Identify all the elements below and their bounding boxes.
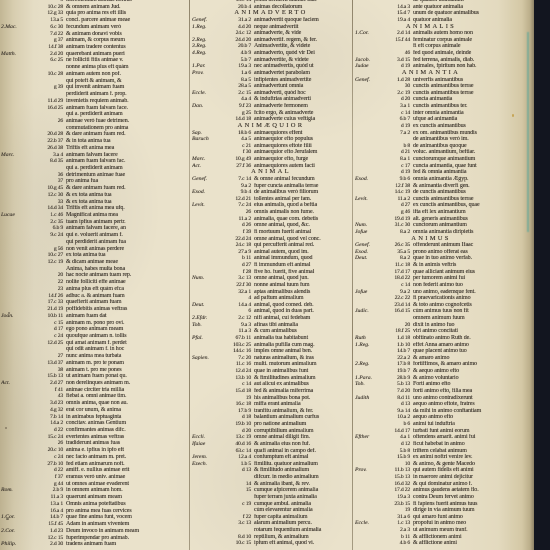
- book-abbrev: Eccli.: [192, 434, 221, 441]
- book-abbrev: [192, 96, 221, 103]
- book-abbrev: [355, 4, 382, 11]
- concordance-entry: qui a. perdiderit animam: [1, 165, 188, 172]
- entry-text: quia pro anima res eft illis: [66, 10, 188, 17]
- book-abbrev: [355, 401, 382, 408]
- book-abbrev: Judae: [355, 63, 382, 70]
- concordance-entry: 10& animo, & gente Macedo: [355, 461, 507, 468]
- entry-text: adhuc a. & animam fuam: [66, 293, 188, 300]
- verse-ref: 7.d 22: [32, 31, 66, 38]
- concordance-entry: Efther4.a 1oftendens amarit. animi fui: [355, 434, 507, 441]
- entry-text: nonne animal tuum fum: [254, 282, 350, 289]
- book-abbrev: [355, 448, 382, 455]
- verse-ref: 8.a 5: [221, 77, 254, 84]
- verse-ref: 16.a 4: [32, 508, 66, 515]
- verse-ref: b 11: [382, 534, 413, 541]
- entry-text: qui invenit animam fuam: [66, 84, 188, 91]
- concordance-entry: Lucae1.c 46Magnificat anima mea: [1, 212, 188, 219]
- concordance-entry: 14.b 7quae placent animo tuo: [355, 348, 507, 355]
- verse-ref: 14.a 3: [382, 4, 413, 11]
- verse-ref: 23.b 15: [382, 501, 413, 508]
- verse-ref: [221, 474, 254, 481]
- concordance-entry: 10.c 28animam autem non pof.: [1, 71, 188, 78]
- book-abbrev: [192, 255, 221, 262]
- book-abbrev: [1, 320, 32, 327]
- concordance-entry: 14.d 17turbati funt animi eorum: [355, 428, 507, 435]
- verse-ref: 14.c 19: [382, 189, 413, 196]
- entry-text: fimilitu. quatuor animalium: [254, 461, 350, 468]
- concordance-entry: 20hac nocte animam tuam rep.: [1, 272, 188, 279]
- entry-text: ut animam fuam ponat qu.: [66, 373, 188, 380]
- concordance-entry: g 56non venit animas perdere: [1, 246, 188, 253]
- book-abbrev: [355, 103, 382, 110]
- verse-ref: 12.d 25: [32, 340, 66, 347]
- entry-text: pro anima fua: [66, 178, 188, 185]
- entry-text: animadverte fermonem: [254, 103, 350, 110]
- book-abbrev: [355, 540, 382, 547]
- concordance-entry: 7.d 22& animam donavi vobis: [1, 31, 188, 38]
- verse-ref: f 41: [32, 387, 66, 394]
- concordance-entry: c 14aut alicui ex animalibus: [192, 381, 350, 388]
- book-abbrev: [355, 408, 382, 415]
- entry-text: quaerunt animam meam: [66, 494, 188, 501]
- concordance-entry: 8.a 1cunctorumque animantium: [355, 156, 507, 163]
- concordance-entry: 22.d 24omne animal, quod vel conc.: [192, 236, 350, 243]
- book-abbrev: Marc.: [1, 152, 32, 159]
- entry-text: animaequior efto populus: [254, 136, 350, 143]
- concordance-entry: omnem animum fuum: [355, 315, 507, 322]
- book-abbrev: [192, 401, 221, 408]
- concordance-entry: 4.a 4& induftrias animadverti: [192, 96, 350, 103]
- verse-ref: 19.a 4: [382, 17, 413, 24]
- book-abbrev: [192, 249, 221, 256]
- concordance-entry: 17.c 33quaefierit animam fuam: [1, 299, 188, 306]
- book-abbrev: [192, 448, 221, 455]
- entry-text: tradiderunt animas fuas: [66, 440, 188, 447]
- section-heading: ANIMANTIA: [355, 70, 507, 77]
- book-abbrev: 2.Efdr.: [192, 315, 221, 322]
- book-abbrev: [1, 272, 32, 279]
- entry-text: animam tradere contentus: [66, 44, 188, 51]
- verse-ref: [32, 239, 66, 246]
- concordance-entry: 15.d 18fed & animalia miferrima: [192, 388, 350, 395]
- concordance-entry: nonne anima plus eft quàm: [1, 64, 188, 71]
- verse-ref: d 20: [221, 428, 254, 435]
- concordance-entry: 18.d 22per tumorem animi fui: [355, 275, 507, 282]
- book-abbrev: Ezech.: [192, 461, 221, 468]
- book-abbrev: [355, 428, 382, 435]
- concordance-entry: 14.d 18animadverte cuius veftigia: [192, 116, 350, 123]
- verse-ref: 4: [221, 295, 254, 302]
- verse-ref: 19.a 3: [382, 494, 413, 501]
- concordance-entry: 10.c 27ex tota anima tua: [1, 252, 188, 259]
- entry-text: concitav. animas Gentium: [66, 420, 188, 427]
- entry-text: animam falvam facere: [66, 152, 188, 159]
- verse-ref: 24.c 12: [221, 30, 254, 37]
- entry-text: Animadvertite, & videte: [254, 43, 350, 50]
- entry-text: alt. generis animantibus: [413, 216, 507, 223]
- book-abbrev: [1, 387, 32, 394]
- concordance-entry: 9.a 14da mihi in animo conftantiam: [355, 408, 507, 415]
- entry-text: in omnem animam hom.: [66, 487, 188, 494]
- entry-text: animalia, quae com. debetis: [254, 216, 350, 223]
- book-abbrev: Ruth: [355, 335, 382, 342]
- verse-ref: [382, 43, 413, 50]
- verse-ref: 17.d 17: [382, 269, 413, 276]
- verse-ref: 10.c 15: [221, 540, 254, 547]
- entry-text: de animantibus quoque: [413, 143, 507, 150]
- book-abbrev: [192, 242, 221, 249]
- concordance-entry: 3.c 13alarum animalium percu.: [192, 520, 350, 527]
- concordance-entry: 1.Par.19.a 3nec animadvertis, quòd ut: [192, 63, 350, 70]
- book-abbrev: [1, 299, 32, 306]
- column-middle: 18.c 14poma defiderii animae tuae20.b 4a…: [192, 0, 350, 547]
- entry-text: & ex tota anima tua: [66, 199, 188, 206]
- verse-ref: g 37: [32, 37, 66, 44]
- entry-text: qui poteft & animam, &: [66, 78, 188, 85]
- concordance-entry: 10.c 15ipfum eft animal, quod vi.: [192, 540, 350, 547]
- verse-ref: 14.b 7: [32, 514, 66, 521]
- concordance-entry: 28.a 5animadvertunt omnia: [192, 83, 350, 90]
- verse-ref: 40.d 16: [221, 441, 254, 448]
- verse-ref: c 24: [32, 333, 66, 340]
- entry-text: his animalibus bona pot.: [254, 395, 350, 402]
- entry-text: contra Deum fervet animo: [413, 494, 507, 501]
- book-abbrev: [355, 494, 382, 501]
- entry-text: omnis animalis non fume.: [254, 209, 350, 216]
- book-abbrev: [355, 50, 382, 57]
- entry-text: & toto animo cognofcetis: [413, 302, 507, 309]
- concordance-entry: Ezech.1.b 5fimilitu. quatuor animalium: [192, 461, 350, 468]
- entry-text: quafi animal in campo def.: [254, 448, 350, 455]
- book-abbrev: Baruch: [192, 136, 221, 143]
- verse-ref: 9.c 24: [32, 232, 66, 239]
- book-abbrev: [192, 487, 221, 494]
- book-abbrev: Matth.: [1, 51, 32, 58]
- entry-text: ante quatuor animalia: [413, 4, 507, 11]
- entry-text: omnia animantia diripietis: [413, 229, 507, 236]
- book-abbrev: [1, 192, 32, 199]
- entry-text: & ex tota anima tua: [66, 192, 188, 199]
- verse-ref: 43: [32, 393, 66, 400]
- concordance-entry: 24.c 18qui percufferit animal red.: [192, 242, 350, 249]
- concordance-entry: Jerem.12.a 4confumptum eft animal: [192, 454, 350, 461]
- verse-ref: 12.d 24: [221, 368, 254, 375]
- concordance-entry: 36detrimentum animae fuae: [1, 172, 188, 179]
- concordance-entry: 16.d 25animam fuam falvam face.: [1, 105, 188, 112]
- concordance-entry: 16.d 32& qui dominatur animo f.: [355, 481, 507, 488]
- verse-ref: 9.b 4: [221, 189, 254, 196]
- entry-text: dixit in animo fuo: [413, 322, 507, 329]
- entry-text: ego pono animam meam: [66, 326, 188, 333]
- entry-text: ifta eft lex animantium: [413, 209, 507, 216]
- verse-ref: 10.b 11: [32, 313, 66, 320]
- book-abbrev: [192, 222, 221, 229]
- entry-text: animaequiores effent: [254, 130, 350, 137]
- entry-text: animaequior efto, furge: [254, 156, 350, 163]
- concordance-entry: 21.d 19poffidebitis animas veftras: [1, 306, 188, 313]
- concordance-entry: 1.Reg.4.d 20neque animadvertit: [192, 24, 350, 31]
- book-abbrev: [1, 31, 32, 38]
- concordance-entry: d 22confirmantes animas difc.: [1, 427, 188, 434]
- entry-text: cunctorumque animantium: [413, 156, 507, 163]
- entry-text: confirmantes animas difc.: [66, 427, 188, 434]
- verse-ref: 12.c 30: [32, 192, 66, 199]
- concordance-entry: d 27ex cunctis animantibus, quae: [355, 202, 507, 209]
- concordance-entry: d 19ex cunctis animantibus: [355, 123, 507, 130]
- entry-text: Magnificat anima mea: [66, 212, 188, 219]
- book-abbrev: [192, 83, 221, 90]
- entry-text: forti animo efto, filia mea: [413, 388, 507, 395]
- verse-ref: 23: [32, 286, 66, 293]
- verse-ref: 8.a 2: [382, 229, 413, 236]
- concordance-entry: 6.b 7ufque ad animantia: [355, 116, 507, 123]
- verse-ref: 13.b 10: [221, 375, 254, 382]
- verse-ref: 28.a 5: [221, 83, 254, 90]
- book-abbrev: [1, 440, 32, 447]
- entry-text: quae placent animo tuo: [413, 348, 507, 355]
- entry-text: animales, fpiritum non hab.: [413, 63, 507, 70]
- page-edge-highlight: [527, 32, 529, 232]
- book-abbrev: [192, 361, 221, 368]
- concordance-entry: difcurr. in medio animalium: [192, 474, 350, 481]
- book-abbrev: Deut.: [355, 255, 382, 262]
- concordance-entry: 2.Cor.1.d 23Deum invoco in animam meam: [1, 528, 188, 535]
- entry-text: & fimilitudines animalium: [254, 375, 350, 382]
- concordance-entry: 26tradiderunt animas fuas: [1, 440, 188, 447]
- book-abbrev: 2.Reg.: [355, 361, 382, 368]
- entry-text: & afflictione animi: [413, 540, 507, 547]
- verse-ref: 3.a 4: [32, 152, 66, 159]
- verse-ref: 26: [221, 209, 254, 216]
- entry-text: offenderunt animum Ifaac: [413, 242, 507, 249]
- verse-ref: 6.c 25: [32, 57, 66, 64]
- book-abbrev: Levit.: [355, 196, 382, 203]
- verse-ref: d 13: [382, 401, 413, 408]
- verse-ref: 6: [221, 308, 254, 315]
- entry-text: qui autem fidelis eft animi: [413, 467, 507, 474]
- entry-text: & omne animal fecundum: [254, 176, 350, 183]
- book-abbrev: [1, 84, 32, 91]
- entry-text: ufque ad animantia: [413, 116, 507, 123]
- verse-ref: 12.a 4: [221, 454, 254, 461]
- concordance-entry: g 25fcito ergo, & animadverte: [192, 110, 350, 117]
- entry-text: qui a. perdiderit animam: [66, 165, 188, 172]
- concordance-entry: 63.c 14quafi animal in campo def.: [192, 448, 350, 455]
- entry-text: aut alicui ex animalibus: [254, 381, 350, 388]
- book-abbrev: 3.Reg.: [192, 43, 221, 50]
- book-abbrev: [355, 441, 382, 448]
- concordance-entry: f 30animaequior efto Jerufalem: [192, 149, 350, 156]
- verse-ref: 9.a 2: [382, 289, 413, 296]
- concordance-entry: Exod.35.a 5prono animo offerat eas: [355, 249, 507, 256]
- book-abbrev: [355, 136, 382, 143]
- ink-speck: [512, 114, 514, 117]
- concordance-entry: 3.Reg.20.b 7Animadvertite, & videte: [192, 43, 350, 50]
- concordance-entry: 20dixit in animo fuo: [355, 322, 507, 329]
- book-abbrev: 1.Para.: [355, 375, 382, 382]
- concordance-entry: Sapien.7.c 20naturas animalium, & iras: [192, 355, 350, 362]
- entry-text: omnis anima, quae non au.: [66, 400, 188, 407]
- entry-text: ficut habebat in animo: [413, 441, 507, 448]
- verse-ref: 37: [32, 178, 66, 185]
- verse-ref: [221, 494, 254, 501]
- book-abbrev: Judic.: [355, 308, 382, 315]
- book-abbrev: [192, 116, 221, 123]
- verse-ref: 6.b 7: [382, 116, 413, 123]
- book-abbrev: [355, 421, 382, 428]
- concordance-entry: 27.a 9animal autem, quod im.: [192, 249, 350, 256]
- book-abbrev: [192, 428, 221, 435]
- concordance-entry: Tob.5.b 13Forti animo efto: [355, 381, 507, 388]
- entry-text: detrimentum animae fuae: [66, 172, 188, 179]
- concordance-entry: Anima, habes multa bona: [1, 266, 188, 273]
- entry-text: omne animal diligit fim.: [254, 434, 350, 441]
- book-abbrev: 1.Reg.: [355, 342, 382, 349]
- verse-ref: b 6: [382, 421, 413, 428]
- entry-text: fi praevaricationis animo: [413, 295, 507, 302]
- book-abbrev: [355, 143, 382, 150]
- verse-ref: 8.d 35: [32, 158, 66, 165]
- verse-ref: 26.d 38: [32, 145, 66, 152]
- book-abbrev: [355, 189, 382, 196]
- concordance-entry: 5.b 7animadvertite, & videte: [192, 57, 350, 64]
- verse-ref: 27.b 10: [32, 461, 66, 468]
- concordance-entry: g 37animam, & corpus meum: [1, 37, 188, 44]
- entry-text: naturas animalium, & iras: [254, 355, 350, 362]
- book-abbrev: [1, 172, 32, 179]
- concordance-entry: c 24quoufque animam n. tollis: [1, 333, 188, 340]
- entry-text: per tumorem animi fui: [413, 275, 507, 282]
- entry-text: & dare animam fuam red.: [66, 131, 188, 138]
- entry-text: dirige in via animum tuum: [413, 507, 507, 514]
- verse-ref: 30: [382, 83, 413, 90]
- verse-ref: c 21: [221, 143, 254, 150]
- book-abbrev: [355, 348, 382, 355]
- verse-ref: 22.d 24: [221, 236, 254, 243]
- book-abbrev: [1, 400, 32, 407]
- concordance-entry: 8.d 10reptilium, & animalium: [192, 534, 350, 541]
- book-abbrev: [1, 199, 32, 206]
- entry-text: animalis autem homo non: [413, 30, 507, 37]
- entry-text: & animantia diverfi gen.: [413, 183, 507, 190]
- concordance-entry: c 17cuncta animantia, quae funt: [355, 163, 507, 170]
- entry-text: animalia pufilla cum mag.: [254, 342, 350, 349]
- concordance-entry: f 41animae circiter tria millia: [1, 387, 188, 394]
- entry-text: multi. mutorum animalium: [254, 361, 350, 368]
- book-abbrev: Prov.: [355, 467, 382, 474]
- entry-text: conci. parcere animae meae: [66, 17, 188, 24]
- book-abbrev: [1, 360, 32, 367]
- verse-ref: 17.b 9: [221, 408, 254, 415]
- entry-text: omne animal, quod, &c.: [254, 222, 350, 229]
- entry-text: fiebat a. omni animae tim.: [66, 393, 188, 400]
- verse-ref: 15: [221, 487, 254, 494]
- book-abbrev: [1, 259, 32, 266]
- concordance-entry: 15.b 13ut animam fuam ponat qu.: [1, 373, 188, 380]
- concordance-entry: 11.a 2animalia, quae com. debetis: [192, 216, 350, 223]
- entry-text: animus gaudens aetatem flo.: [413, 487, 507, 494]
- entry-text: Omnis anima poteftatibus: [66, 501, 188, 508]
- verse-ref: 7.a 2: [382, 130, 413, 137]
- book-abbrev: [1, 98, 32, 105]
- concordance-entry: Prov.1.a 6animadvertet parabolam: [192, 70, 350, 77]
- verse-ref: 26: [32, 440, 66, 447]
- book-abbrev: [192, 540, 221, 547]
- entry-text: animae circiter tria millia: [66, 387, 188, 394]
- concordance-entry: f 28five ho. fuerit, five animal: [192, 269, 350, 276]
- entry-text: nonne anima plus eft quàm: [66, 64, 188, 71]
- book-abbrev: Sapien.: [192, 355, 221, 362]
- verse-ref: 19.d 19: [382, 216, 413, 223]
- concordance-entry: 14.d 34Triftis eft anima mea ufq.: [1, 205, 188, 212]
- book-abbrev: [1, 225, 32, 232]
- book-abbrev: Num.: [355, 222, 382, 229]
- entry-text: reptilium, & animalium: [254, 534, 350, 541]
- verse-ref: [382, 136, 413, 143]
- book-abbrev: 2.Reg.: [192, 37, 221, 44]
- concordance-entry: Eccle.1.c 13propofui in animo meo: [355, 520, 507, 527]
- entry-text: & aequo animo efto: [413, 368, 507, 375]
- verse-ref: 2.d 14: [382, 30, 413, 37]
- entry-text: prono animo offerat eas: [413, 249, 507, 256]
- verse-ref: f 28: [221, 269, 254, 276]
- entry-text: omnem animum fuum: [413, 315, 507, 322]
- verse-ref: c 15: [32, 320, 66, 327]
- concordance-entry: g 44ut omnes animae evaderent: [1, 481, 188, 488]
- entry-text: cunctorum animantium: [413, 222, 507, 229]
- book-abbrev: [1, 434, 32, 441]
- entry-text: animam, & corpus meum: [66, 37, 188, 44]
- verse-ref: 7.c 24: [221, 202, 254, 209]
- verse-ref: 22.f 30: [221, 282, 254, 289]
- verse-ref: 21.d 19: [32, 306, 66, 313]
- entry-text: qui amaro funt animo: [413, 514, 507, 521]
- concordance-entry: Eccli.13.c 19omne animal diligit fim.: [192, 434, 350, 441]
- entry-text: alarum animalium percu.: [254, 520, 350, 527]
- book-abbrev: [355, 163, 382, 170]
- concordance-entry: Judaed 19animales, fpiritum non hab.: [355, 63, 507, 70]
- entry-text: fuper cuncta animalia terrae: [254, 183, 350, 190]
- entry-text: animadvertunt omnia: [254, 83, 350, 90]
- entry-text: Triftis eft anima mea: [66, 145, 188, 152]
- entry-text: aequo animo efto: [413, 414, 507, 421]
- entry-text: & animo voluntario: [413, 375, 507, 382]
- entry-text: tollentes animal per fam.: [254, 196, 350, 203]
- column-right: de quatuor animalium14.a 3ante quatuor a…: [355, 0, 507, 547]
- verse-ref: 11.a 3: [32, 494, 66, 501]
- entry-text: cuncta animantia, quae funt: [413, 163, 507, 170]
- concordance-entry: d 20cuncta animantia: [355, 96, 507, 103]
- concordance-entry: Act.27.f 36animaequiores autem facti: [192, 163, 350, 170]
- verse-ref: 14: [221, 481, 254, 488]
- entry-text: rotarum fequentium animalia: [254, 527, 350, 534]
- entry-text: fuperimpendar pro animab.: [66, 535, 188, 542]
- verse-ref: [221, 507, 254, 514]
- book-abbrev: [1, 474, 32, 481]
- concordance-entry: 14.a 3ante quatuor animalia: [355, 4, 507, 11]
- verse-ref: d 20: [382, 96, 413, 103]
- concordance-entry: b 11animal immundum, quod: [192, 255, 350, 262]
- entry-text: fi eft corpus animale: [413, 43, 507, 50]
- concordance-entry: Baruch4.a 5animaequior efto populus: [192, 136, 350, 143]
- entry-text: obftinato animo Ruth de.: [413, 335, 507, 342]
- verse-ref: 11.c 16: [221, 361, 254, 368]
- concordance-entry: c 14inter omnia animantia: [355, 110, 507, 117]
- verse-ref: 33: [32, 199, 66, 206]
- entry-text: Adam in animam viventem: [66, 521, 188, 528]
- verse-ref: 14.d 18: [221, 116, 254, 123]
- book-abbrev: [355, 149, 382, 156]
